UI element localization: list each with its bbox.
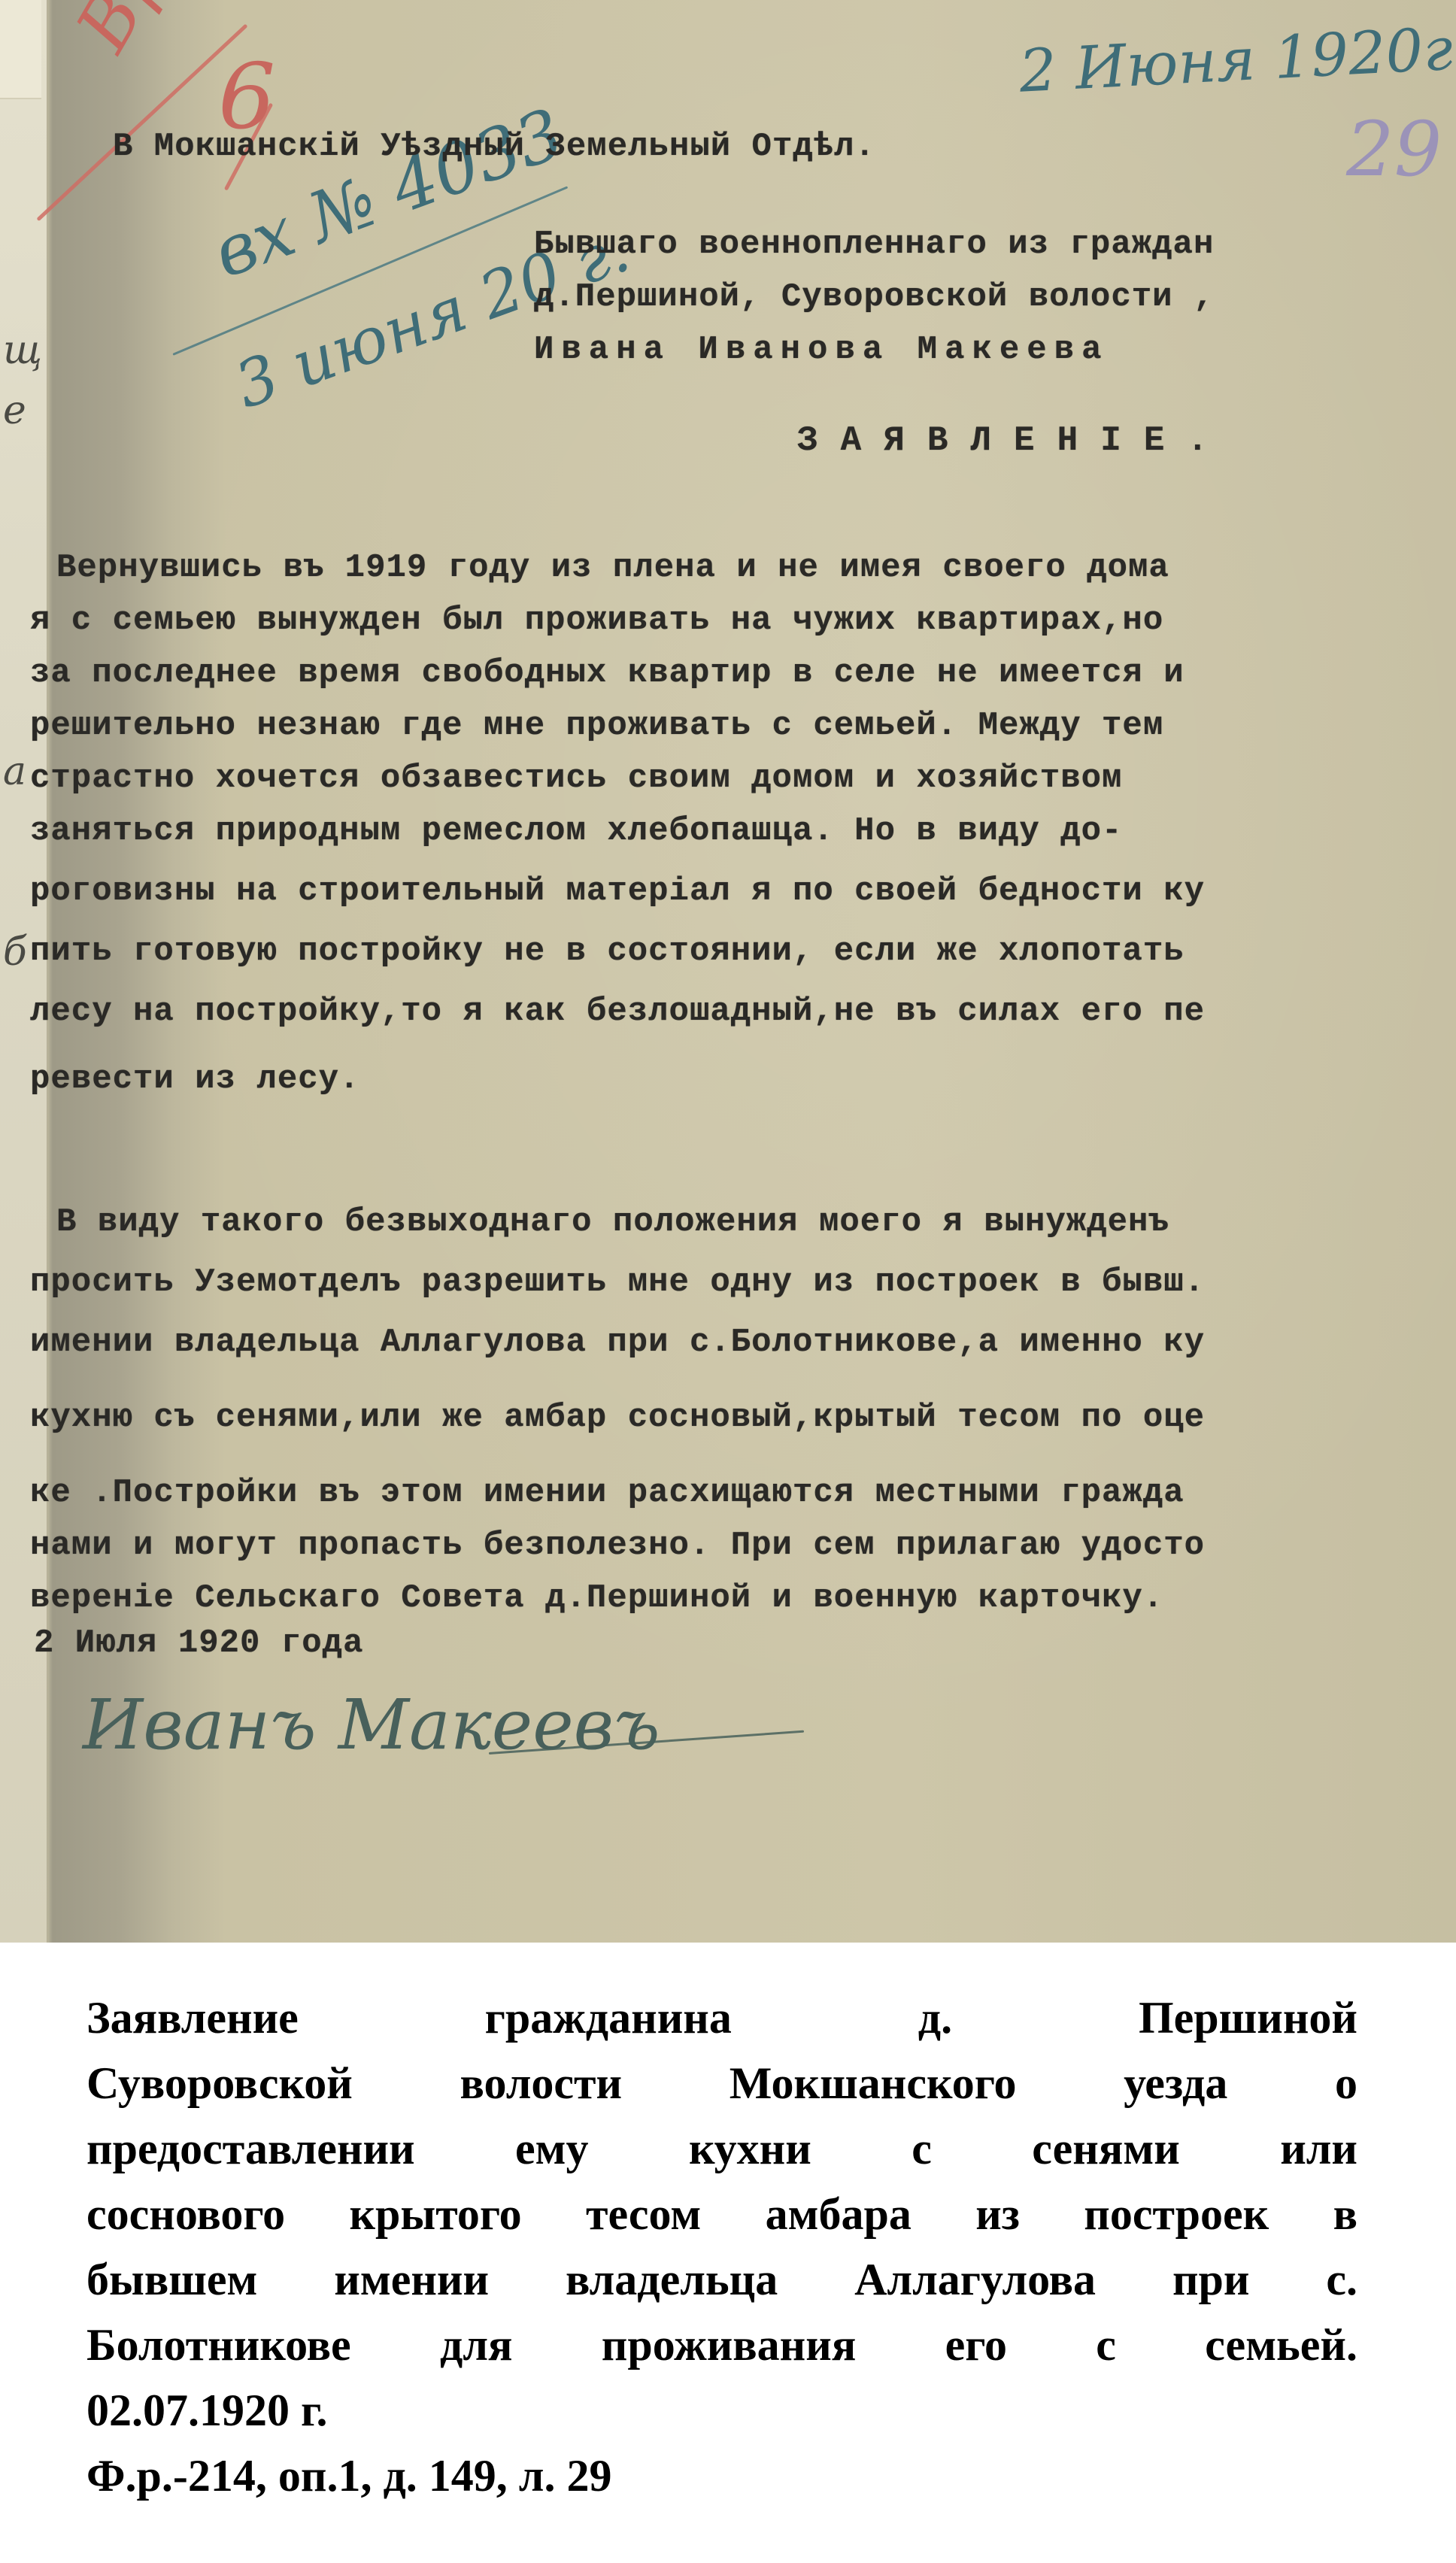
body-line: нами и могут пропасть безполезно. При се… (30, 1527, 1205, 1564)
body-line: вереніе Сельскаго Совета д.Першиной и во… (30, 1579, 1163, 1617)
margin-note: б (3, 933, 27, 972)
document-scan: щ е а б Вр.Рез. 6 29 2 Июня 1920г. вх № … (0, 0, 1456, 1943)
caption-date: 02.07.1920 г. (86, 2378, 1357, 2443)
margin-note: щ (3, 331, 42, 370)
caption-line: бывшем имении владельца Аллагулова при с… (86, 2247, 1357, 2313)
caption-line: Болотникове для проживания его с семьей. (86, 2313, 1357, 2378)
caption-line: Суворовской волости Мокшанского уезда о (86, 2051, 1357, 2116)
body-line: В виду такого безвыходнаго положения мое… (56, 1203, 1169, 1241)
body-line: решительно незнаю где мне проживать с се… (30, 707, 1163, 745)
body-line: ке .Постройки въ этом имении расхищаются… (30, 1474, 1185, 1512)
body-line: Вернувшись въ 1919 году из плена и не им… (56, 549, 1169, 587)
caption-line: соснового крытого тесом амбара из постро… (86, 2182, 1357, 2247)
paper-fold (0, 0, 41, 99)
sender-name: Ивана Иванова Макеева (534, 331, 1109, 369)
body-line: просить Уземотделъ разрешить мне одну из… (30, 1263, 1205, 1301)
document-title: ЗАЯВЛЕНІЕ. (797, 421, 1230, 460)
body-line: страстно хочется обзавестись своим домом… (30, 760, 1122, 797)
body-line: за последнее время свободных квартир в с… (30, 654, 1185, 692)
body-line: заняться природным ремеслом хлебопашца. … (30, 812, 1122, 850)
archive-caption: Заявление гражданина д. Першиной Суворов… (86, 1985, 1357, 2509)
sender-line: д.Першиной, Суворовской волости , (534, 278, 1214, 316)
handwritten-date: 2 Июня 1920г. (1018, 14, 1456, 105)
body-line: роговизны на строительный матеріал я по … (30, 872, 1205, 910)
body-line: я с семьею вынужден был проживать на чуж… (30, 602, 1163, 639)
signature: Иванъ Макеевъ (83, 1685, 660, 1765)
closing-date: 2 Июля 1920 года (34, 1624, 363, 1662)
caption-line: предоставлении ему кухни с сенями или (86, 2116, 1357, 2182)
sheet-number-stamp: 29 (1346, 105, 1442, 193)
sender-line: Бывшаго военнопленнаго из граждан (534, 226, 1214, 263)
margin-note: е (3, 391, 26, 430)
caption-archive-reference: Ф.р.-214, оп.1, д. 149, л. 29 (86, 2443, 1357, 2509)
body-line: ревести из лесу. (30, 1060, 359, 1098)
body-line: кухню съ сенями,или же амбар сосновый,кр… (30, 1399, 1205, 1436)
body-line: имении владельца Аллагулова при с.Болотн… (30, 1324, 1205, 1361)
addressee: В Мокшанскій Уѣздный Земельный Отдѣл. (113, 128, 875, 165)
red-pencil-crossout (36, 24, 247, 222)
body-line: лесу на постройку,то я как безлошадный,н… (30, 993, 1205, 1030)
caption-line: Заявление гражданина д. Першиной (86, 1985, 1357, 2051)
margin-note: а (3, 752, 26, 791)
body-line: пить готовую постройку не в состоянии, е… (30, 933, 1185, 970)
